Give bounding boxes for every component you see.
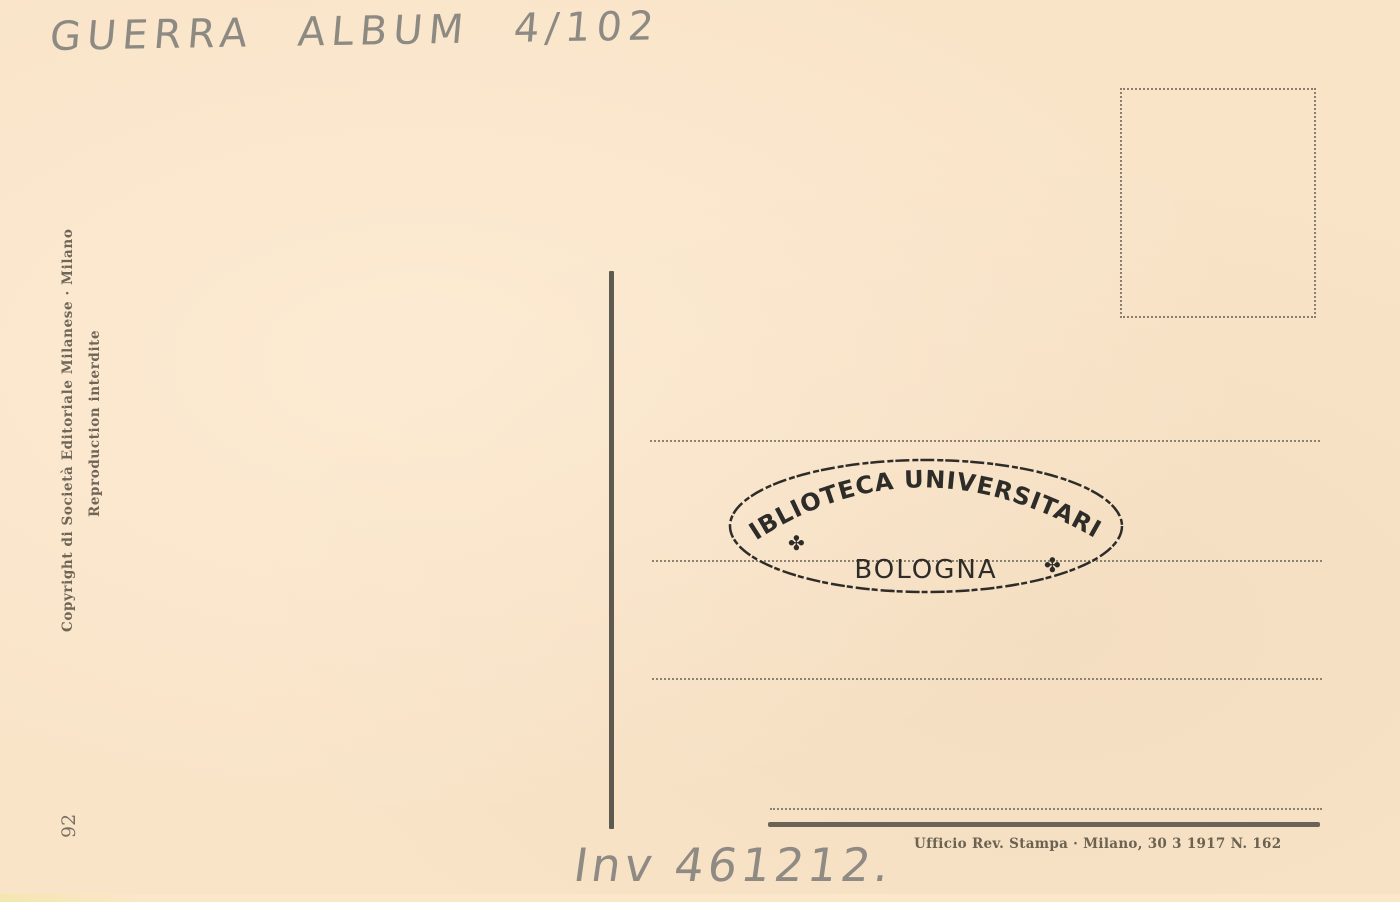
handwritten-album-note: GUERRA ALBUM 4/102 (48, 3, 662, 60)
address-line-4 (770, 808, 1322, 810)
card-number: 92 (58, 814, 80, 838)
censorship-imprint: Ufficio Rev. Stampa · Milano, 30 3 1917 … (914, 836, 1281, 852)
address-line-3 (652, 678, 1322, 680)
vertical-divider-line (609, 271, 614, 829)
stamp-bottom-text: BOLOGNA (854, 555, 997, 585)
postage-stamp-box (1120, 88, 1316, 318)
copyright-text: Copyright di Società Editoriale Milanese… (60, 229, 76, 632)
scan-edge (0, 894, 1400, 902)
stamp-top-text: BIBLIOTECA UNIVERSITARIA (726, 454, 1106, 546)
address-underline-solid (768, 822, 1320, 827)
stamp-ornament-right-icon: ✤ (1044, 553, 1061, 577)
handwritten-inventory-number: Inv 461212. (570, 838, 896, 892)
postcard-back: GUERRA ALBUM 4/102 Copyright di Società … (0, 0, 1400, 902)
svg-text:BIBLIOTECA UNIVERSITARIA: BIBLIOTECA UNIVERSITARIA (726, 454, 1106, 546)
reproduction-notice: Reproduction interdite (87, 330, 103, 517)
stamp-ornament-left-icon: ✤ (788, 531, 805, 555)
address-line-1 (650, 440, 1320, 442)
library-ownership-stamp: BIBLIOTECA UNIVERSITARIA BOLOGNA ✤ ✤ (726, 454, 1126, 596)
